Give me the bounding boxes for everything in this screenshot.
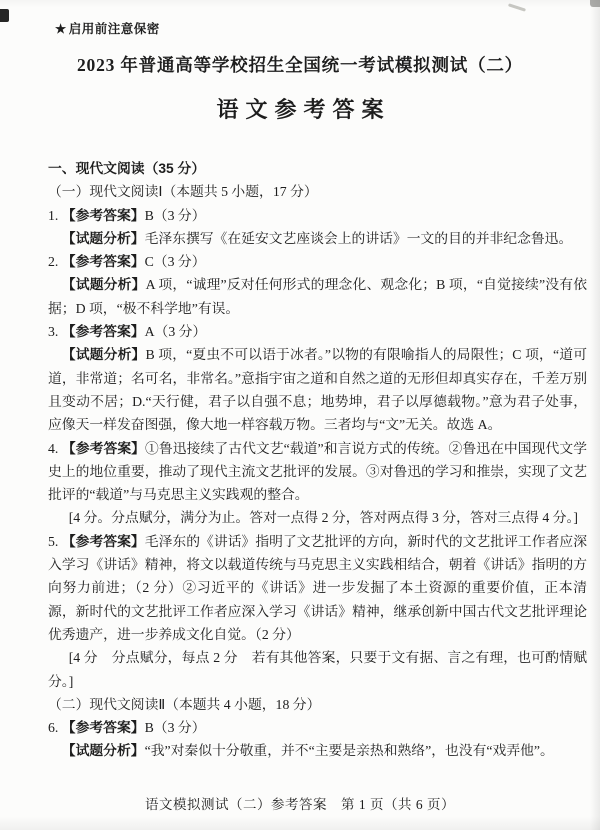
paragraph-text: 毛泽东的《讲话》指明了文艺批评的方向，新时代的文艺批评工作者应深入学习《讲话》精… — [48, 534, 587, 642]
bold-bracket-label: 【试题分析】 — [62, 231, 145, 246]
paragraph: （一）现代文阅读Ⅰ（本题共 5 小题，17 分） — [48, 180, 587, 203]
security-notice-text: 启用前注意保密 — [69, 22, 160, 36]
exam-title: 2023 年普通高等学校招生全国统一考试模拟测试（二） — [0, 52, 600, 77]
bold-bracket-label: 一、现代文阅读（35 分） — [48, 161, 205, 176]
paragraph-text: 2. — [48, 254, 62, 269]
paragraph-text: 1. — [48, 208, 62, 223]
paragraph-text: A（3 分） — [145, 324, 207, 339]
bold-bracket-label: 【参考答案】 — [62, 534, 145, 549]
paragraph-text: [4 分 分点赋分，每点 2 分 若有其他答案，只要于文有据、言之有理，也可酌情… — [48, 650, 587, 688]
scanned-answer-page: ★启用前注意保密 2023 年普通高等学校招生全国统一考试模拟测试（二） 语文参… — [0, 0, 600, 830]
paragraph-text: [4 分。分点赋分，满分为止。答对一点得 2 分，答对两点得 3 分，答对三点得… — [69, 510, 578, 525]
answer-body: 一、现代文阅读（35 分）（一）现代文阅读Ⅰ（本题共 5 小题，17 分）1. … — [48, 157, 587, 763]
bold-bracket-label: 【参考答案】 — [62, 441, 145, 456]
paragraph: 6. 【参考答案】B（3 分） — [48, 716, 587, 739]
paragraph: 【试题分析】“我”对秦似十分敬重，并不“主要是亲热和熟络”，也没有“戏弄他”。 — [48, 739, 587, 762]
paragraph-text: “我”对秦似十分敬重，并不“主要是亲热和熟络”，也没有“戏弄他”。 — [145, 743, 554, 758]
paragraph-text: 3. — [48, 324, 62, 339]
bold-bracket-label: 【参考答案】 — [62, 324, 145, 339]
paragraph: 1. 【参考答案】B（3 分） — [48, 204, 587, 227]
bold-bracket-label: 【试题分析】 — [62, 743, 145, 758]
paragraph: 5. 【参考答案】毛泽东的《讲话》指明了文艺批评的方向，新时代的文艺批评工作者应… — [48, 530, 587, 646]
bold-bracket-label: 【试题分析】 — [62, 347, 146, 362]
paragraph: 【试题分析】毛泽东撰写《在延安文艺座谈会上的讲话》一文的目的并非纪念鲁迅。 — [48, 227, 587, 250]
bold-bracket-label: 【参考答案】 — [62, 720, 145, 735]
paragraph: [4 分 分点赋分，每点 2 分 若有其他答案，只要于文有据、言之有理，也可酌情… — [48, 646, 587, 693]
paragraph-text: B（3 分） — [145, 208, 206, 223]
paragraph-text: 5. — [48, 534, 62, 549]
bold-bracket-label: 【参考答案】 — [62, 208, 145, 223]
paragraph: [4 分。分点赋分，满分为止。答对一点得 2 分，答对两点得 3 分，答对三点得… — [48, 506, 587, 529]
paragraph: 【试题分析】B 项，“夏虫不可以语于冰者。”以物的有限喻指人的局限性；C 项，“… — [48, 343, 587, 436]
security-notice: ★启用前注意保密 — [55, 19, 160, 37]
scan-artifact-top-right — [590, 0, 600, 7]
answers-subtitle: 语文参考答案 — [0, 93, 600, 124]
bold-bracket-label: 【试题分析】 — [62, 277, 146, 292]
paragraph-text: C（3 分） — [145, 254, 206, 269]
paragraph-text: B（3 分） — [145, 720, 206, 735]
paragraph-text: 6. — [48, 720, 62, 735]
bold-bracket-label: 【参考答案】 — [62, 254, 145, 269]
paragraph: 3. 【参考答案】A（3 分） — [48, 320, 587, 343]
paragraph-text: （一）现代文阅读Ⅰ（本题共 5 小题，17 分） — [48, 184, 318, 199]
paragraph-text: 毛泽东撰写《在延安文艺座谈会上的讲话》一文的目的并非纪念鲁迅。 — [145, 231, 573, 246]
page-footer: 语文模拟测试（二）参考答案 第 1 页（共 6 页） — [0, 793, 600, 813]
paragraph-text: 4. — [48, 441, 62, 456]
paragraph: 【试题分析】A 项，“诚理”反对任何形式的理念化、观念化；B 项，“自觉接续”没… — [48, 273, 587, 320]
paragraph: （二）现代文阅读Ⅱ（本题共 4 小题，18 分） — [48, 693, 587, 716]
scan-artifact-top-left — [0, 9, 9, 22]
paragraph: 4. 【参考答案】①鲁迅接续了古代文艺“载道”和言说方式的传统。②鲁迅在中国现代… — [48, 437, 587, 507]
paragraph-text: （二）现代文阅读Ⅱ（本题共 4 小题，18 分） — [48, 697, 320, 712]
paragraph: 一、现代文阅读（35 分） — [48, 157, 587, 180]
paragraph: 2. 【参考答案】C（3 分） — [48, 250, 587, 273]
scan-streak — [508, 3, 526, 11]
star-icon: ★ — [55, 22, 67, 36]
